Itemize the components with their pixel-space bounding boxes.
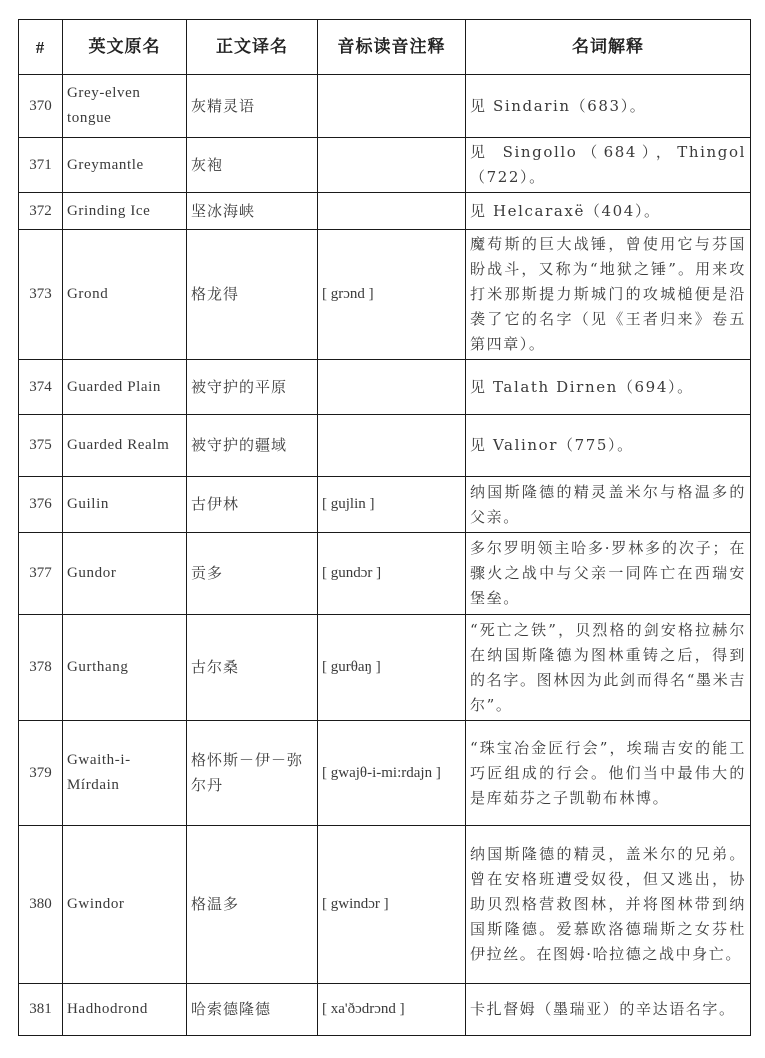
english-name: Gwindor [63, 826, 187, 984]
entry-number: 381 [19, 984, 63, 1036]
definition: 见 Helcaraxë（404）。 [466, 193, 751, 230]
phonetic-notation: [ gundɔr ] [318, 533, 466, 615]
entry-number: 379 [19, 721, 63, 826]
entry-number: 378 [19, 615, 63, 721]
chinese-name: 被守护的疆域 [187, 415, 318, 477]
entry-number: 372 [19, 193, 63, 230]
table-row: 381 Hadhodrond 哈索德隆德 [ xa'ðɔdrɔnd ] 卡扎督姆… [19, 984, 751, 1036]
header-row: # 英文原名 正文译名 音标读音注释 名词解释 [19, 20, 751, 75]
header-english-name: 英文原名 [63, 20, 187, 75]
definition: “死亡之铁”，贝烈格的剑安格拉赫尔在纳国斯隆德为图林重铸之后，得到的名字。图林因… [466, 615, 751, 721]
table-row: 375 Guarded Realm 被守护的疆域 见 Valinor（775）。 [19, 415, 751, 477]
entry-number: 376 [19, 477, 63, 533]
entry-number: 374 [19, 360, 63, 415]
english-name: Gwaith-i-Mírdain [63, 721, 187, 826]
phonetic-notation [318, 415, 466, 477]
entry-number: 377 [19, 533, 63, 615]
table-row: 371 Greymantle 灰袍 见 Singollo（684），Thingo… [19, 138, 751, 193]
phonetic-notation: [ gwajθ-i-mi:rdajn ] [318, 721, 466, 826]
table-body: 370 Grey-elven tongue 灰精灵语 见 Sindarin（68… [19, 75, 751, 1036]
definition: 见 Talath Dirnen（694）。 [466, 360, 751, 415]
english-name: Grey-elven tongue [63, 75, 187, 138]
table-row: 372 Grinding Ice 坚冰海峡 见 Helcaraxë（404）。 [19, 193, 751, 230]
english-name: Guilin [63, 477, 187, 533]
english-name: Gundor [63, 533, 187, 615]
header-chinese-name: 正文译名 [187, 20, 318, 75]
chinese-name: 灰精灵语 [187, 75, 318, 138]
definition: 见 Singollo（684），Thingol（722）。 [466, 138, 751, 193]
chinese-name: 古伊林 [187, 477, 318, 533]
english-name: Grinding Ice [63, 193, 187, 230]
phonetic-notation: [ gurθaŋ ] [318, 615, 466, 721]
header-definition: 名词解释 [466, 20, 751, 75]
table-row: 377 Gundor 贡多 [ gundɔr ] 多尔罗明领主哈多·罗林多的次子… [19, 533, 751, 615]
phonetic-notation: [ gujlin ] [318, 477, 466, 533]
phonetic-notation: [ gwindɔr ] [318, 826, 466, 984]
chinese-name: 灰袍 [187, 138, 318, 193]
phonetic-notation [318, 138, 466, 193]
definition: 见 Sindarin（683）。 [466, 75, 751, 138]
phonetic-notation: [ xa'ðɔdrɔnd ] [318, 984, 466, 1036]
chinese-name: 格怀斯－伊－弥尔丹 [187, 721, 318, 826]
header-number: # [19, 20, 63, 75]
table-row: 379 Gwaith-i-Mírdain 格怀斯－伊－弥尔丹 [ gwajθ-i… [19, 721, 751, 826]
table-row: 378 Gurthang 古尔桑 [ gurθaŋ ] “死亡之铁”，贝烈格的剑… [19, 615, 751, 721]
glossary-table: # 英文原名 正文译名 音标读音注释 名词解释 370 Grey-elven t… [18, 19, 751, 1036]
english-name: Greymantle [63, 138, 187, 193]
phonetic-notation [318, 360, 466, 415]
english-name: Gurthang [63, 615, 187, 721]
chinese-name: 格温多 [187, 826, 318, 984]
phonetic-notation [318, 193, 466, 230]
table-row: 374 Guarded Plain 被守护的平原 见 Talath Dirnen… [19, 360, 751, 415]
chinese-name: 被守护的平原 [187, 360, 318, 415]
phonetic-notation [318, 75, 466, 138]
chinese-name: 哈索德隆德 [187, 984, 318, 1036]
chinese-name: 格龙得 [187, 230, 318, 360]
definition: “珠宝冶金匠行会”，埃瑞吉安的能工巧匠组成的行会。他们当中最伟大的是库茹芬之子凯… [466, 721, 751, 826]
table-row: 370 Grey-elven tongue 灰精灵语 见 Sindarin（68… [19, 75, 751, 138]
table-row: 376 Guilin 古伊林 [ gujlin ] 纳国斯隆德的精灵盖米尔与格温… [19, 477, 751, 533]
entry-number: 370 [19, 75, 63, 138]
definition: 纳国斯隆德的精灵盖米尔与格温多的父亲。 [466, 477, 751, 533]
table-row: 373 Grond 格龙得 [ grɔnd ] 魔苟斯的巨大战锤，曾使用它与芬国… [19, 230, 751, 360]
definition: 见 Valinor（775）。 [466, 415, 751, 477]
english-name: Guarded Realm [63, 415, 187, 477]
header-phonetic: 音标读音注释 [318, 20, 466, 75]
entry-number: 375 [19, 415, 63, 477]
table-row: 380 Gwindor 格温多 [ gwindɔr ] 纳国斯隆德的精灵，盖米尔… [19, 826, 751, 984]
entry-number: 373 [19, 230, 63, 360]
chinese-name: 坚冰海峡 [187, 193, 318, 230]
phonetic-notation: [ grɔnd ] [318, 230, 466, 360]
english-name: Hadhodrond [63, 984, 187, 1036]
entry-number: 371 [19, 138, 63, 193]
chinese-name: 贡多 [187, 533, 318, 615]
definition: 纳国斯隆德的精灵，盖米尔的兄弟。曾在安格班遭受奴役，但又逃出，协助贝烈格营救图林… [466, 826, 751, 984]
definition: 魔苟斯的巨大战锤，曾使用它与芬国盼战斗，又称为“地狱之锤”。用来攻打米那斯提力斯… [466, 230, 751, 360]
entry-number: 380 [19, 826, 63, 984]
definition: 卡扎督姆（墨瑞亚）的辛达语名字。 [466, 984, 751, 1036]
chinese-name: 古尔桑 [187, 615, 318, 721]
english-name: Guarded Plain [63, 360, 187, 415]
definition: 多尔罗明领主哈多·罗林多的次子；在骤火之战中与父亲一同阵亡在西瑞安堡垒。 [466, 533, 751, 615]
english-name: Grond [63, 230, 187, 360]
